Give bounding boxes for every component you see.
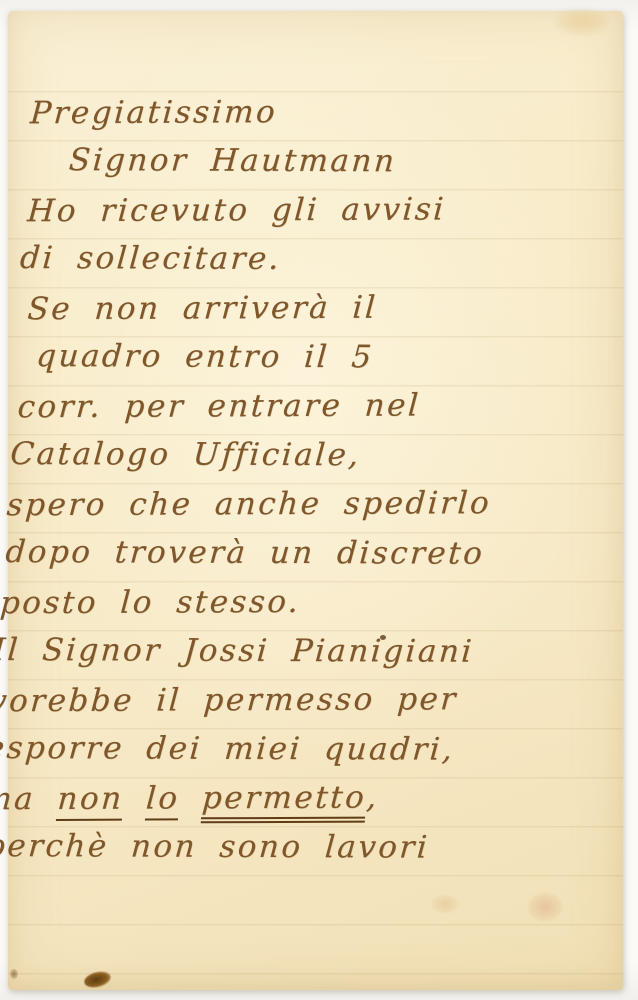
letter-line: Catalogo Ufficiale, — [5, 430, 589, 481]
letter-text: ma — [0, 781, 59, 817]
letter-text: , — [365, 780, 380, 816]
ink-blot-stain — [83, 969, 113, 990]
scan-backdrop: PregiatissimoSignor HautmannHo ricevuto … — [0, 0, 638, 1000]
letter-body: PregiatissimoSignor HautmannHo ricevuto … — [0, 88, 613, 872]
letter-line: posto lo stesso. — [0, 577, 579, 629]
letter-line: esporre dei miei quadri, — [0, 724, 568, 775]
letter-line: ma non lo permetto, — [0, 773, 565, 825]
letter-line: Ho ricevuto gli avvisi — [22, 185, 606, 237]
letter-line: perchè non sono lavori — [0, 822, 562, 873]
letter-line: quadro entro il 5 — [11, 332, 595, 383]
letter-line: di sollecitare. — [18, 234, 602, 285]
letter-text — [122, 781, 147, 817]
letter-line: dopo troverà un discreto — [0, 528, 582, 579]
underlined-text: permetto — [200, 780, 367, 824]
letter-line: corr. per entrare nel — [8, 381, 592, 433]
underlined-text: non — [56, 781, 125, 821]
letter-line: Se non arriverà il — [15, 283, 599, 335]
letter-line: Il Signor Jossi Pianigiani — [0, 626, 575, 677]
letter-line: vorebbe il permesso per — [0, 675, 572, 727]
letter-line: spero che anche spedirlo — [1, 479, 585, 531]
paper-stain — [556, 9, 608, 35]
ink-speck — [10, 969, 18, 979]
paper-stain — [432, 895, 458, 913]
letter-line: Signor Hautmann — [25, 136, 609, 187]
paper-stain — [528, 893, 562, 921]
letter-paper: PregiatissimoSignor HautmannHo ricevuto … — [8, 11, 623, 990]
underlined-text: lo — [145, 780, 181, 820]
letter-line: Pregiatissimo — [29, 87, 613, 139]
letter-text — [178, 780, 203, 816]
